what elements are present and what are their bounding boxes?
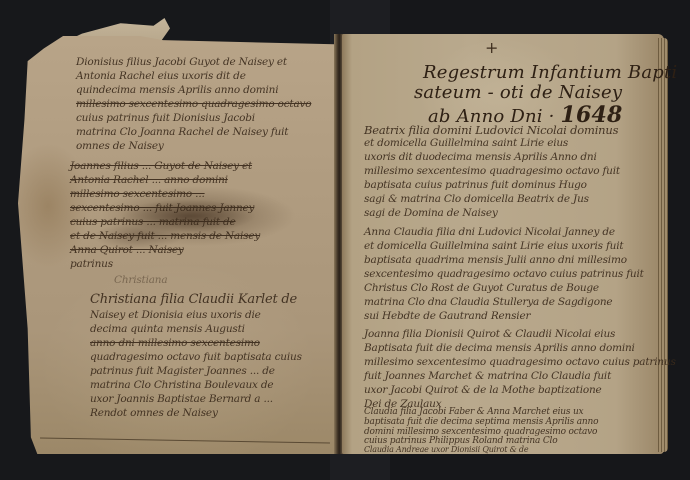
manuscript-line: Anna Quirot ... Naisey (70, 244, 184, 256)
manuscript-line: millesimo sexcentesimo quadragesimo octa… (364, 356, 676, 368)
manuscript-line: et de Naisey fuit ... mensis de Naisey (70, 230, 260, 242)
manuscript-line: Christiana filia Claudii Karlet de (90, 292, 297, 307)
title-line-2: sateum - oti de Naisey (414, 82, 622, 103)
manuscript-line: millesimo sexcentesimo ... (70, 188, 205, 200)
manuscript-line: uxoris dit duodecima mensis Aprilis Anno… (364, 151, 597, 163)
manuscript-line: cuius patrinus fuit Dionisius Jacobi (76, 112, 255, 124)
manuscript-line: Antonia Rachel eius uxoris dit de (76, 70, 246, 82)
left-page: Dionisius filius Jacobi Guyot de Naisey … (18, 36, 340, 454)
manuscript-line: quindecima mensis Aprilis anno domini (76, 84, 278, 96)
title-line-1: Regestrum Infantium Bapti (423, 62, 677, 83)
manuscript-line: Joanna filia Dionisii Quirot & Claudii N… (364, 328, 615, 340)
manuscript-line: matrina Clo dna Claudia Stullerya de Sag… (364, 296, 612, 308)
manuscript-line: Dionisius filius Jacobi Guyot de Naisey … (76, 56, 287, 68)
manuscript-line: matrina Clo Christina Boulevaux de (90, 379, 273, 391)
manuscript-line: sexcentesimo ... fuit Joannes Janney (70, 202, 254, 214)
manuscript-line: omnes de Naisey (76, 140, 164, 152)
manuscript-line: uxor Jacobi Quirot & de la Mothe baptiza… (364, 384, 602, 396)
manuscript-line: et domicella Guillelmina saint Lirie eiu… (364, 137, 568, 149)
margin-note: Christiana (114, 274, 167, 286)
manuscript-line: Claudia Andreae uxor Dionisii Quirot & d… (364, 445, 528, 454)
manuscript-line: Christus Clo Rost de Guyot Curatus de Bo… (364, 282, 599, 294)
manuscript-line: Antonia Rachel ... anno domini (70, 174, 228, 186)
manuscript-line: millesimo sexcentesimo quadragesimo octa… (364, 165, 620, 177)
manuscript-line: matrina Clo Joanna Rachel de Naisey fuit (76, 126, 288, 138)
manuscript-line: cuius patrinus ... matrina fuit de (70, 216, 236, 228)
manuscript-line: Rendot omnes de Naisey (90, 407, 218, 419)
manuscript-line: baptisata quadrima mensis Julii anno dni… (364, 254, 627, 266)
manuscript-line: baptisata cuius patrinus fuit dominus Hu… (364, 179, 587, 191)
manuscript-line: sagi & matrina Clo domicella Beatrix de … (364, 193, 589, 205)
cross-mark: + (485, 38, 498, 57)
manuscript-line: Claudia filia Jacobi Faber & Anna Marche… (364, 407, 583, 417)
manuscript-line: anno dni millesimo sexcentesimo (90, 337, 260, 349)
manuscript-line: et domicella Guillelmina saint Lirie eiu… (364, 240, 623, 252)
manuscript-line: patrinus (70, 258, 113, 270)
manuscript-line: patrinus fuit Magister Joannes ... de (90, 365, 275, 377)
manuscript-line: sui Hebdte de Gautrand Rensier (364, 310, 530, 322)
manuscript-line: Beatrix filia domini Ludovici Nicolai do… (364, 123, 618, 137)
manuscript-line: Joannes filius ... Guyot de Naisey et (70, 160, 252, 172)
manuscript-line: decima quinta mensis Augusti (90, 323, 245, 335)
manuscript-line: uxor Joannis Baptistae Bernard a ... (90, 393, 273, 405)
manuscript-line: millesimo sexcentesimo quadragesimo octa… (76, 98, 311, 110)
manuscript-line: fuit Joannes Marchet & matrina Clo Claud… (364, 370, 611, 382)
manuscript-line: Baptisata fuit die decima mensis Aprilis… (364, 342, 635, 354)
page-stack-edge (658, 38, 668, 452)
manuscript-line: Naisey et Dionisia eius uxoris die (90, 309, 261, 321)
manuscript-line: sagi de Domina de Naisey (364, 207, 498, 219)
manuscript-line: quadragesimo octavo fuit baptisata cuius (90, 351, 302, 363)
manuscript-line: baptisata fuit die decima septima mensis… (364, 417, 598, 427)
manuscript-line: sexcentesimo quadragesimo octavo cuius p… (364, 268, 644, 280)
manuscript-line: Anna Claudia filia dni Ludovici Nicolai … (364, 226, 615, 238)
